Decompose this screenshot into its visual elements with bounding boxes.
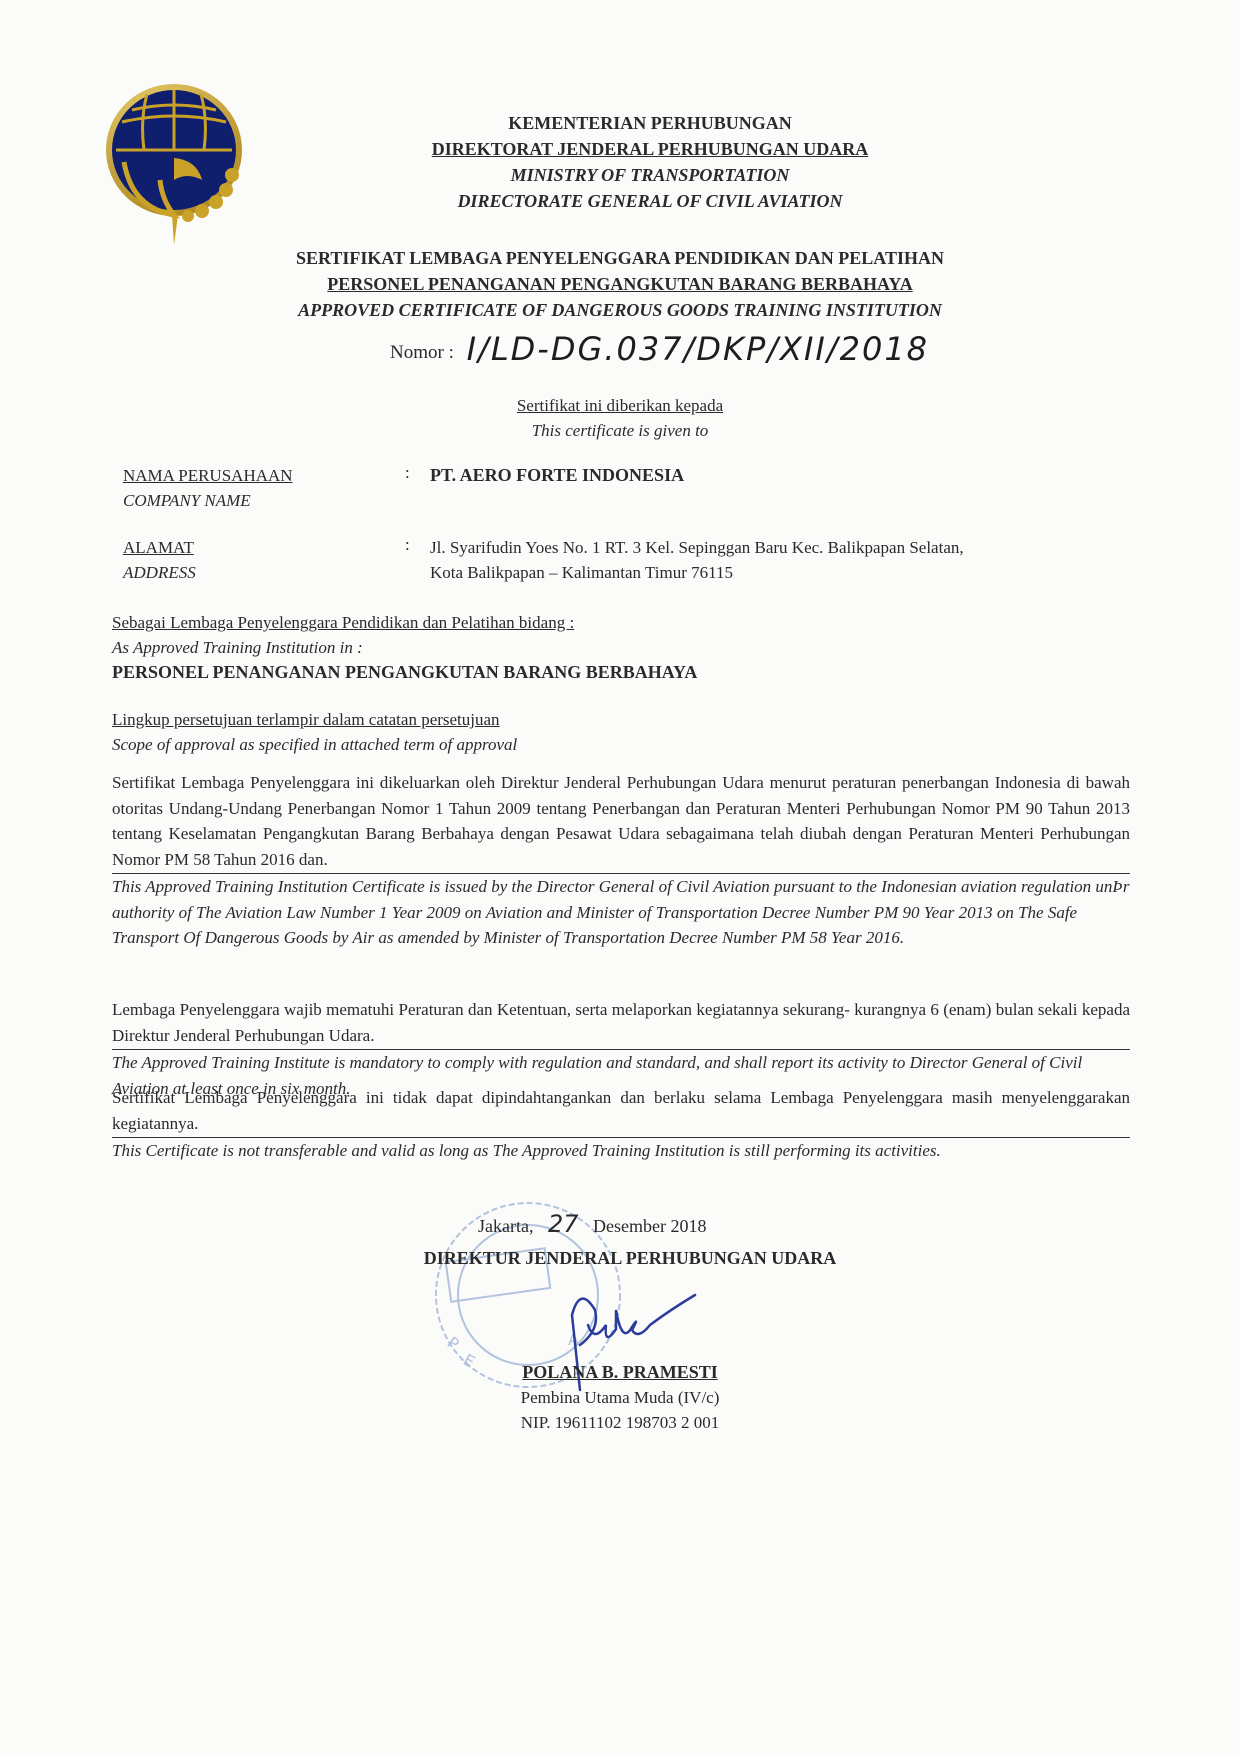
title-en: APPROVED CERTIFICATE OF DANGEROUS GOODS … xyxy=(200,297,1040,323)
signing-date: Jakarta, 27 Desember 2018 xyxy=(478,1210,706,1238)
title-line-1: SERTIFIKAT LEMBAGA PENYELENGGARA PENDIDI… xyxy=(200,245,1040,271)
certificate-page: KEMENTERIAN PERHUBUNGAN DIREKTORAT JENDE… xyxy=(0,0,1240,1755)
signatory-rank: Pembina Utama Muda (IV/c) xyxy=(470,1385,770,1410)
signing-month-year: Desember 2018 xyxy=(593,1216,706,1236)
company-label-id: NAMA PERUSAHAAN xyxy=(123,463,293,488)
ministry-globe-emblem-icon xyxy=(102,80,252,250)
reporting-id: Lembaga Penyelenggara wajib mematuhi Per… xyxy=(112,997,1130,1050)
address-label: ALAMAT ADDRESS xyxy=(123,535,196,585)
directorate-name-id: DIREKTORAT JENDERAL PERHUBUNGAN UDARA xyxy=(340,136,960,162)
signatory-name: POLANA B. PRAMESTI xyxy=(470,1360,770,1385)
issuer-header: KEMENTERIAN PERHUBUNGAN DIREKTORAT JENDE… xyxy=(340,110,960,214)
address-label-id: ALAMAT xyxy=(123,535,196,560)
title-line-2: PERSONEL PENANGANAN PENGANGKUTAN BARANG … xyxy=(200,271,1040,297)
company-name: PT. AERO FORTE INDONESIA xyxy=(430,463,684,488)
address-colon: : xyxy=(405,535,410,555)
company-label-en: COMPANY NAME xyxy=(123,488,293,513)
address-label-en: ADDRESS xyxy=(123,560,196,585)
certificate-number: Nomor : I/LD-DG.037/DKP/XII/2018 xyxy=(390,330,990,368)
validity-paragraph: Sertifikat Lembaga Penyelenggara ini tid… xyxy=(112,1085,1130,1164)
signatory-nip: NIP. 19611102 198703 2 001 xyxy=(470,1410,770,1435)
ministry-name-id: KEMENTERIAN PERHUBUNGAN xyxy=(340,110,960,136)
approval-scope: Lingkup persetujuan terlampir dalam cata… xyxy=(112,707,1132,757)
signatory-block: POLANA B. PRAMESTI Pembina Utama Muda (I… xyxy=(470,1360,770,1435)
training-field-value: PERSONEL PENANGANAN PENGANGKUTAN BARANG … xyxy=(112,660,1132,685)
directorate-name-en: DIRECTORATE GENERAL OF CIVIL AVIATION xyxy=(340,188,960,214)
address-value: Jl. Syarifudin Yoes No. 1 RT. 3 Kel. Sep… xyxy=(430,535,964,585)
signing-city: Jakarta, xyxy=(478,1216,533,1236)
given-to: Sertifikat ini diberikan kepada This cer… xyxy=(420,393,820,443)
number-value: I/LD-DG.037/DKP/XII/2018 xyxy=(467,330,929,368)
signatory-office: DIREKTUR JENDERAL PERHUBUNGAN UDARA xyxy=(330,1248,930,1269)
given-to-en: This certificate is given to xyxy=(420,418,820,443)
training-field: Sebagai Lembaga Penyelenggara Pendidikan… xyxy=(112,610,1132,685)
training-field-label-en: As Approved Training Institution in : xyxy=(112,635,1132,660)
company-label: NAMA PERUSAHAAN COMPANY NAME xyxy=(123,463,293,513)
training-field-label-id: Sebagai Lembaga Penyelenggara Pendidikan… xyxy=(112,610,1132,635)
signing-day: 27 xyxy=(548,1210,579,1238)
legal-basis-en: This Approved Training Institution Certi… xyxy=(112,874,1130,951)
legal-basis-paragraph: Sertifikat Lembaga Penyelenggara ini dik… xyxy=(112,770,1130,951)
ministry-name-en: MINISTRY OF TRANSPORTATION xyxy=(340,162,960,188)
scope-label-en: Scope of approval as specified in attach… xyxy=(112,732,1132,757)
given-to-id: Sertifikat ini diberikan kepada xyxy=(420,393,820,418)
validity-id: Sertifikat Lembaga Penyelenggara ini tid… xyxy=(112,1085,1130,1138)
address-line-1: Jl. Syarifudin Yoes No. 1 RT. 3 Kel. Sep… xyxy=(430,535,964,560)
certificate-title: SERTIFIKAT LEMBAGA PENYELENGGARA PENDIDI… xyxy=(200,245,1040,323)
address-line-2: Kota Balikpapan – Kalimantan Timur 76115 xyxy=(430,560,964,585)
validity-en: This Certificate is not transferable and… xyxy=(112,1138,1130,1164)
legal-basis-id: Sertifikat Lembaga Penyelenggara ini dik… xyxy=(112,770,1130,874)
number-label: Nomor : xyxy=(390,342,454,363)
company-colon: : xyxy=(405,463,410,483)
scope-label-id: Lingkup persetujuan terlampir dalam cata… xyxy=(112,707,1132,732)
